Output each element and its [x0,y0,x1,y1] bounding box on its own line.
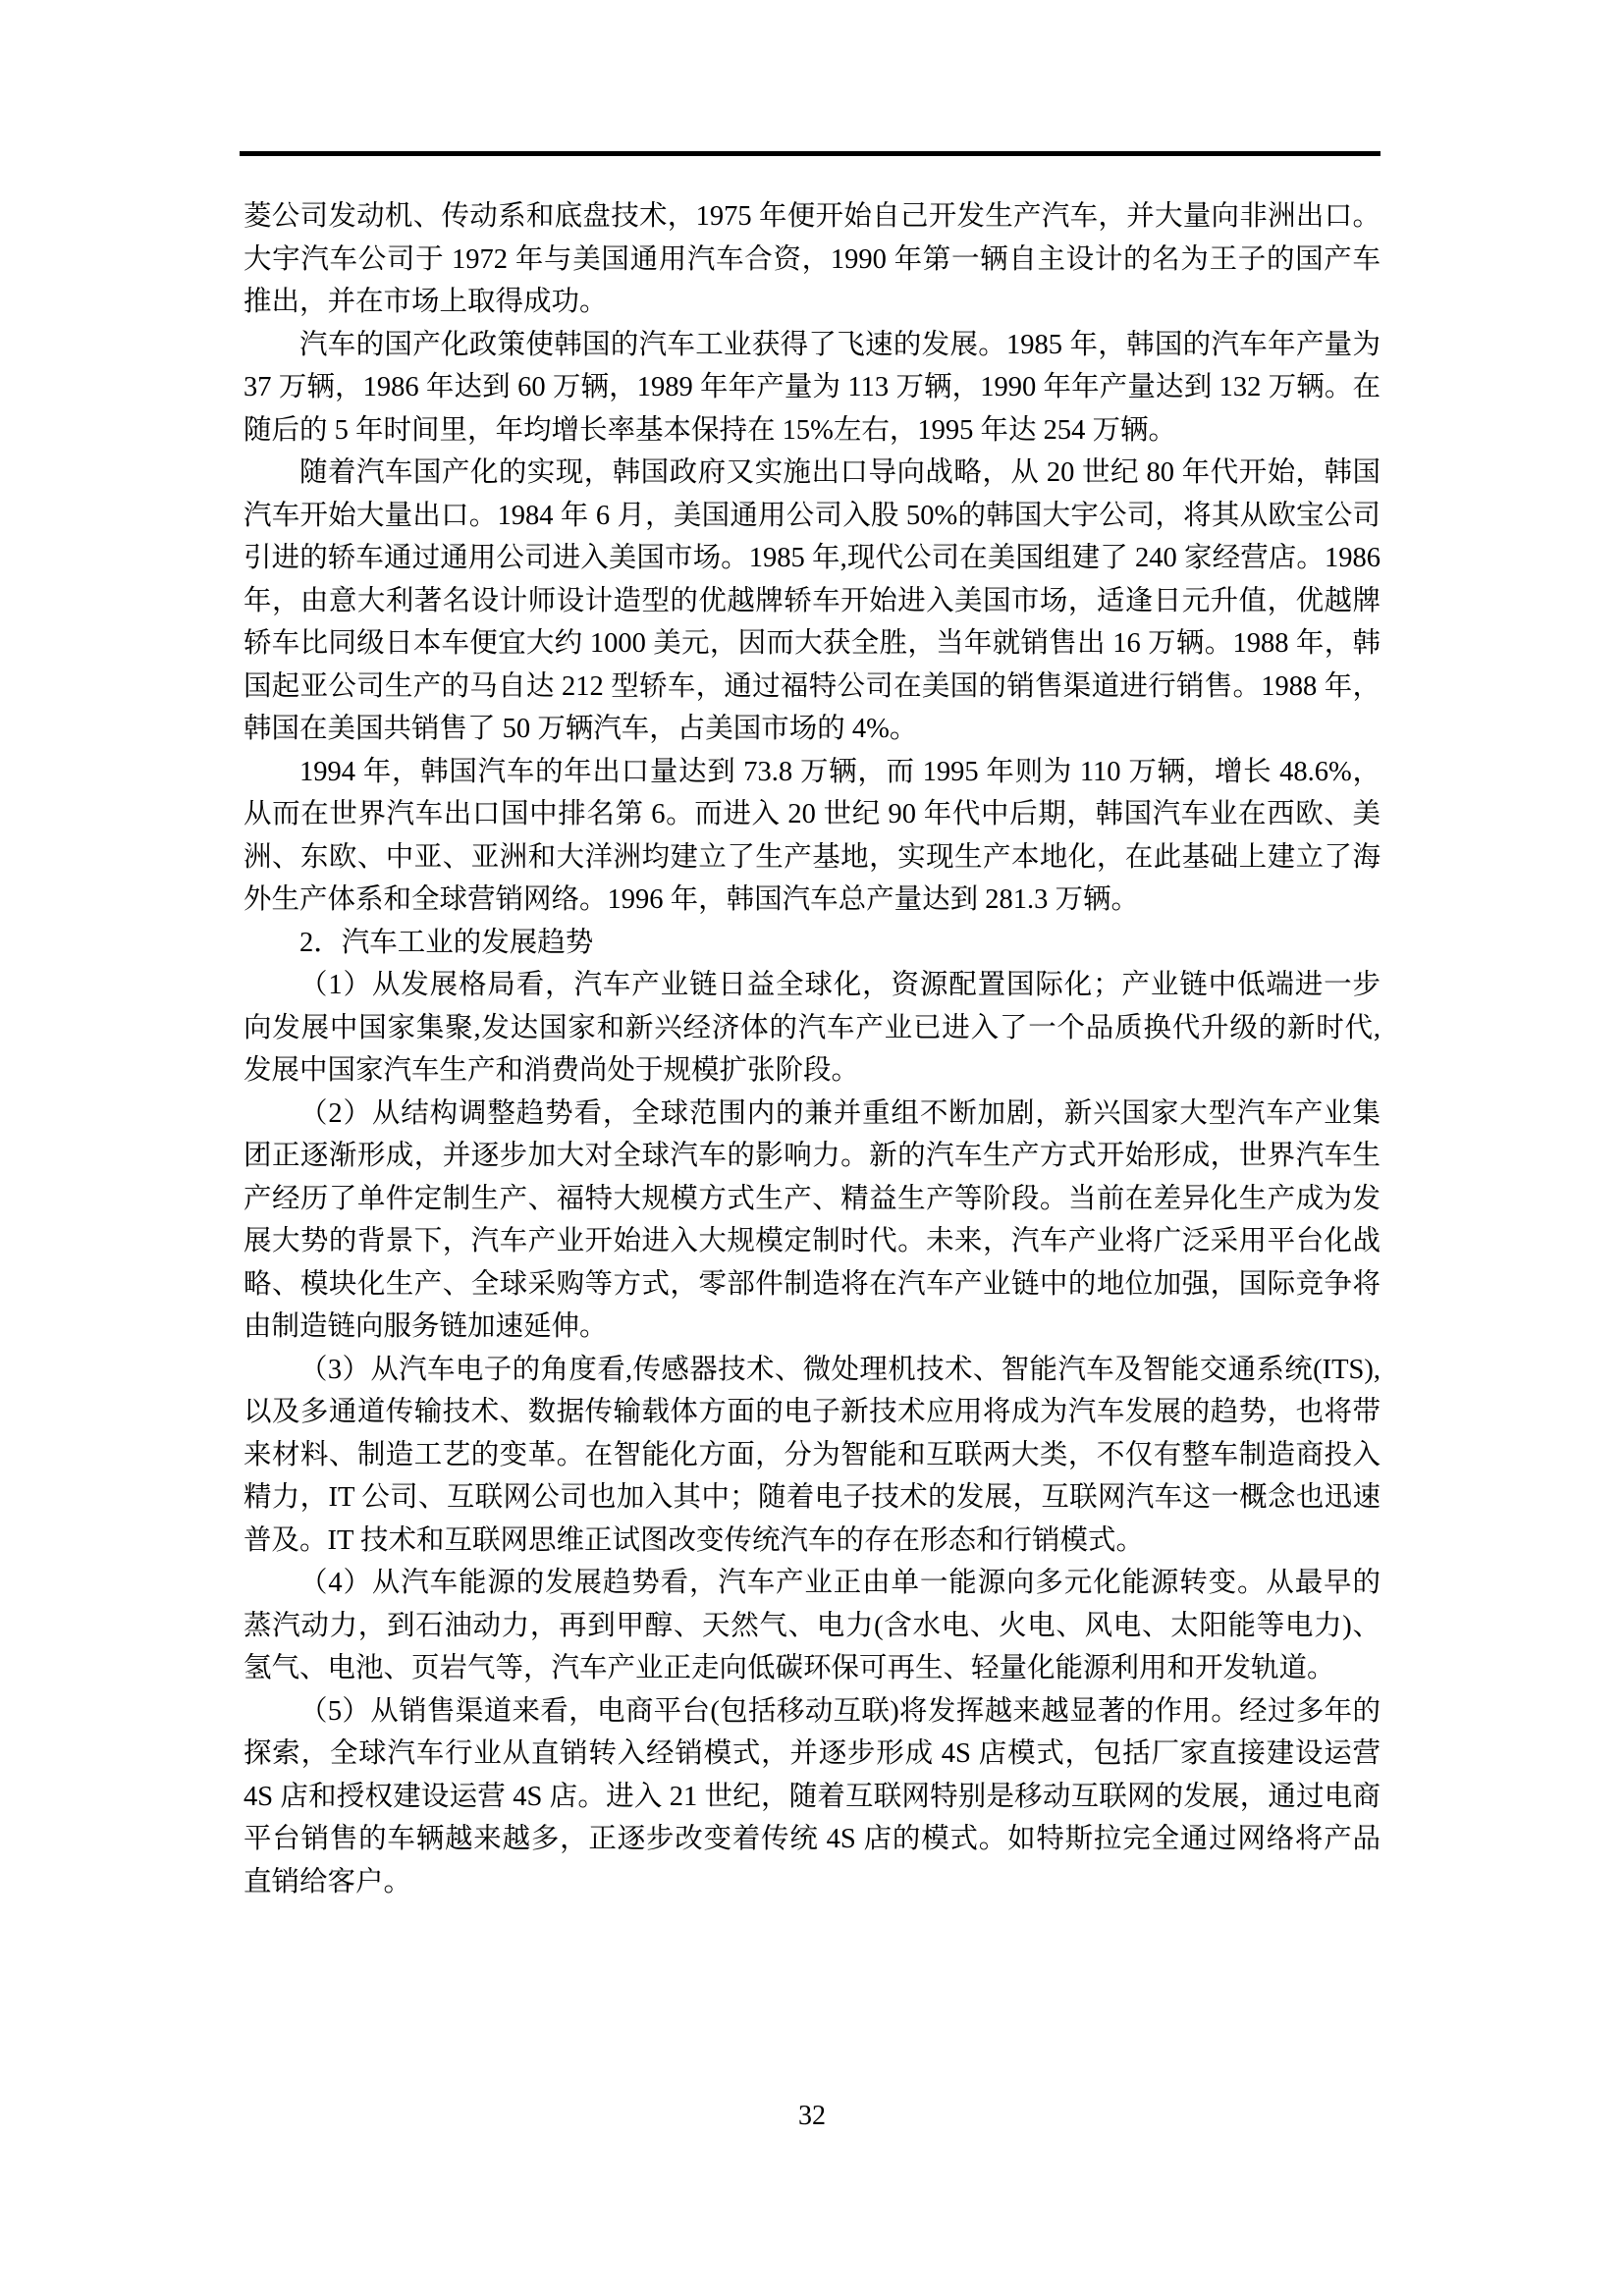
paragraph: （2）从结构调整趋势看，全球范围内的兼并重组不断加剧，新兴国家大型汽车产业集团正… [244,1093,1380,1349]
text-line: 平台销售的车辆越来越多，正逐步改变着传统 4S 店的模式。如特斯拉完全通过网络将… [244,1818,1380,1861]
text-line: 来材料、制造工艺的变革。在智能化方面，分为智能和互联两大类，不仅有整车制造商投入 [244,1434,1380,1477]
text-line: 轿车比同级日本车便宜大约 1000 美元，因而大获全胜，当年就销售出 16 万辆… [244,622,1380,666]
text-line: （5）从销售渠道来看，电商平台(包括移动互联)将发挥越来越显著的作用。经过多年的 [244,1690,1380,1734]
text-line: 随后的 5 年时间里，年均增长率基本保持在 15%左右，1995 年达 254 … [244,409,1380,453]
text-line: 4S 店和授权建设运营 4S 店。进入 21 世纪，随着互联网特别是移动互联网的… [244,1776,1380,1819]
text-line: 略、模块化生产、全球采购等方式，零部件制造将在汽车产业链中的地位加强，国际竞争将 [244,1263,1380,1307]
text-line: （2）从结构调整趋势看，全球范围内的兼并重组不断加剧，新兴国家大型汽车产业集 [244,1093,1380,1136]
text-line: 直销给客户。 [244,1861,1380,1904]
text-line: 精力，IT 公司、互联网公司也加入其中；随着电子技术的发展，互联网汽车这一概念也… [244,1476,1380,1520]
text-line: 团正逐渐形成，并逐步加大对全球汽车的影响力。新的汽车生产方式开始形成，世界汽车生 [244,1135,1380,1178]
text-line: 发展中国家汽车生产和消费尚处于规模扩张阶段。 [244,1049,1380,1093]
document-body: 菱公司发动机、传动系和底盘技术，1975 年便开始自己开发生产汽车，并大量向非洲… [244,195,1380,1903]
paragraph: （3）从汽车电子的角度看,传感器技术、微处理机技术、智能汽车及智能交通系统(IT… [244,1349,1380,1563]
paragraph: （1）从发展格局看，汽车产业链日益全球化，资源配置国际化；产业链中低端进一步向发… [244,964,1380,1093]
paragraph: 汽车的国产化政策使韩国的汽车工业获得了飞速的发展。1985 年，韩国的汽车年产量… [244,324,1380,453]
text-line: 国起亚公司生产的马自达 212 型轿车，通过福特公司在美国的销售渠道进行销售。1… [244,666,1380,709]
text-line: 大宇汽车公司于 1972 年与美国通用汽车合资，1990 年第一辆自主设计的名为… [244,239,1380,282]
text-line: 2．汽车工业的发展趋势 [244,922,1380,965]
paragraph: （4）从汽车能源的发展趋势看，汽车产业正由单一能源向多元化能源转变。从最早的蒸汽… [244,1562,1380,1690]
text-line: （3）从汽车电子的角度看,传感器技术、微处理机技术、智能汽车及智能交通系统(IT… [244,1349,1380,1392]
text-line: 汽车的国产化政策使韩国的汽车工业获得了飞速的发展。1985 年，韩国的汽车年产量… [244,324,1380,367]
text-line: 推出，并在市场上取得成功。 [244,281,1380,324]
text-line: 菱公司发动机、传动系和底盘技术，1975 年便开始自己开发生产汽车，并大量向非洲… [244,195,1380,239]
text-line: 37 万辆，1986 年达到 60 万辆，1989 年年产量为 113 万辆，1… [244,366,1380,409]
paragraph: 2．汽车工业的发展趋势 [244,922,1380,965]
paragraph: 1994 年，韩国汽车的年出口量达到 73.8 万辆，而 1995 年则为 11… [244,751,1380,922]
text-line: 产经历了单件定制生产、福特大规模方式生产、精益生产等阶段。当前在差异化生产成为发 [244,1178,1380,1221]
paragraph: 随着汽车国产化的实现，韩国政府又实施出口导向战略，从 20 世纪 80 年代开始… [244,452,1380,751]
text-line: 以及多通道传输技术、数据传输载体方面的电子新技术应用将成为汽车发展的趋势，也将带 [244,1391,1380,1434]
text-line: 普及。IT 技术和互联网思维正试图改变传统汽车的存在形态和行销模式。 [244,1520,1380,1563]
text-line: 1994 年，韩国汽车的年出口量达到 73.8 万辆，而 1995 年则为 11… [244,751,1380,794]
text-line: （1）从发展格局看，汽车产业链日益全球化，资源配置国际化；产业链中低端进一步 [244,964,1380,1007]
text-line: 蒸汽动力，到石油动力，再到甲醇、天然气、电力(含水电、火电、风电、太阳能等电力)… [244,1605,1380,1648]
text-line: 氢气、电池、页岩气等，汽车产业正走向低碳环保可再生、轻量化能源利用和开发轨道。 [244,1647,1380,1690]
document-page: 菱公司发动机、传动系和底盘技术，1975 年便开始自己开发生产汽车，并大量向非洲… [0,0,1624,2296]
text-line: 从而在世界汽车出口国中排名第 6。而进入 20 世纪 90 年代中后期，韩国汽车… [244,793,1380,836]
text-line: 年，由意大利著名设计师设计造型的优越牌轿车开始进入美国市场，适逢日元升值，优越牌 [244,580,1380,623]
text-line: 随着汽车国产化的实现，韩国政府又实施出口导向战略，从 20 世纪 80 年代开始… [244,452,1380,495]
text-line: 韩国在美国共销售了 50 万辆汽车，占美国市场的 4%。 [244,708,1380,751]
text-line: 探索，全球汽车行业从直销转入经销模式，并逐步形成 4S 店模式，包括厂家直接建设… [244,1733,1380,1776]
text-line: 引进的轿车通过通用公司进入美国市场。1985 年,现代公司在美国组建了 240 … [244,537,1380,580]
text-line: 展大势的背景下，汽车产业开始进入大规模定制时代。未来，汽车产业将广泛采用平台化战 [244,1220,1380,1263]
text-line: 洲、东欧、中亚、亚洲和大洋洲均建立了生产基地，实现生产本地化，在此基础上建立了海 [244,836,1380,880]
paragraph: （5）从销售渠道来看，电商平台(包括移动互联)将发挥越来越显著的作用。经过多年的… [244,1690,1380,1904]
text-line: 向发展中国家集聚,发达国家和新兴经济体的汽车产业已进入了一个品质换代升级的新时代… [244,1007,1380,1050]
page-number: 32 [244,2099,1380,2134]
paragraph: 菱公司发动机、传动系和底盘技术，1975 年便开始自己开发生产汽车，并大量向非洲… [244,195,1380,324]
header-rule [240,151,1380,156]
text-line: （4）从汽车能源的发展趋势看，汽车产业正由单一能源向多元化能源转变。从最早的 [244,1562,1380,1605]
text-line: 汽车开始大量出口。1984 年 6 月，美国通用公司入股 50%的韩国大宇公司，… [244,495,1380,538]
text-line: 由制造链向服务链加速延伸。 [244,1306,1380,1349]
text-line: 外生产体系和全球营销网络。1996 年，韩国汽车总产量达到 281.3 万辆。 [244,879,1380,922]
